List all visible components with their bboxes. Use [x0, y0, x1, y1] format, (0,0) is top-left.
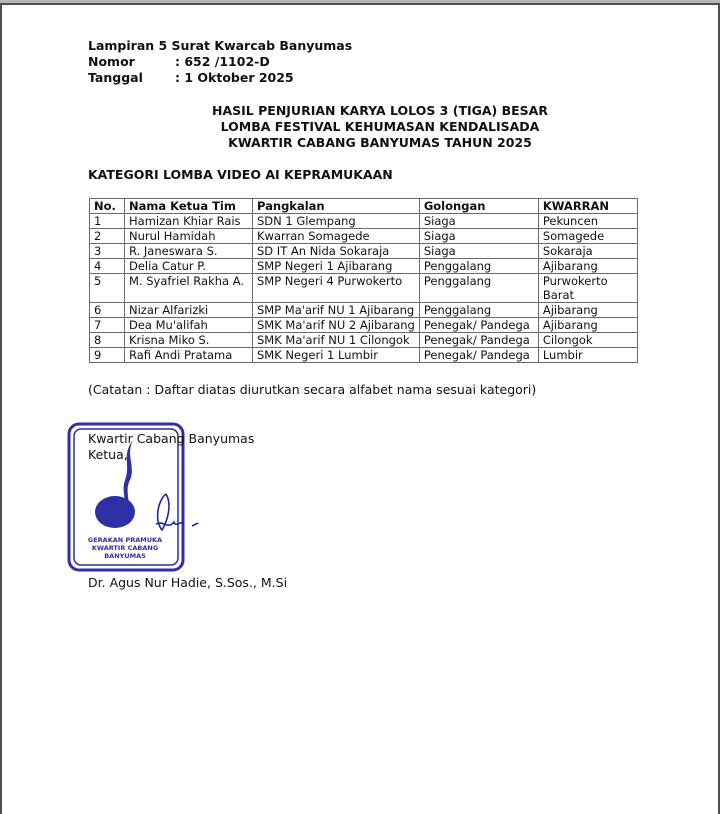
letter-header: Lampiran 5 Surat Kwarcab Banyumas Nomor:… [88, 38, 352, 86]
cell-district: Purwokerto Barat [538, 274, 637, 303]
title-line-3: KWARTIR CABANG BANYUMAS TAHUN 2025 [0, 135, 720, 151]
table-row: 1Hamizan Khiar RaisSDN 1 GlempangSiagaPe… [90, 214, 638, 229]
table-row: 5M. Syafriel Rakha A.SMP Negeri 4 Purwok… [90, 274, 638, 303]
date-line: Tanggal: 1 Oktober 2025 [88, 70, 352, 86]
table-header-row: No. Nama Ketua Tim Pangkalan Golongan KW… [90, 199, 638, 214]
cell-no: 5 [90, 274, 125, 303]
table-row: 6Nizar AlfarizkiSMP Ma'arif NU 1 Ajibara… [90, 303, 638, 318]
cell-district: Sokaraja [538, 244, 637, 259]
cell-group: Penggalang [419, 259, 538, 274]
cell-base: SDN 1 Glempang [253, 214, 420, 229]
cell-group: Penegak/ Pandega [419, 318, 538, 333]
note: (Catatan : Daftar diatas diurutkan secar… [88, 382, 536, 397]
cell-team-leader: Nurul Hamidah [125, 229, 253, 244]
cell-no: 2 [90, 229, 125, 244]
table-row: 8Krisna Miko S.SMK Ma'arif NU 1 Cilongok… [90, 333, 638, 348]
table-row: 2Nurul HamidahKwarran SomagedeSiagaSomag… [90, 229, 638, 244]
cell-no: 4 [90, 259, 125, 274]
col-team-leader: Nama Ketua Tim [125, 199, 253, 214]
signature-scribble-icon [148, 490, 203, 540]
number-label: Nomor [88, 54, 175, 70]
document-title: HASIL PENJURIAN KARYA LOLOS 3 (TIGA) BES… [0, 103, 720, 151]
cell-base: SMK Negeri 1 Lumbir [253, 348, 420, 363]
cell-district: Ajibarang [538, 303, 637, 318]
col-no: No. [90, 199, 125, 214]
number-line: Nomor: 652 /1102-D [88, 54, 352, 70]
col-group: Golongan [419, 199, 538, 214]
cell-group: Penegak/ Pandega [419, 348, 538, 363]
cell-group: Penegak/ Pandega [419, 333, 538, 348]
number-value: : 652 /1102-D [175, 54, 270, 69]
svg-text:BANYUMAS: BANYUMAS [104, 552, 146, 560]
cell-district: Ajibarang [538, 318, 637, 333]
cell-team-leader: R. Janeswara S. [125, 244, 253, 259]
cell-no: 1 [90, 214, 125, 229]
table-row: 4Delia Catur P.SMP Negeri 1 AjibarangPen… [90, 259, 638, 274]
svg-text:KWARTIR CABANG: KWARTIR CABANG [92, 544, 158, 552]
cell-no: 8 [90, 333, 125, 348]
attachment-line: Lampiran 5 Surat Kwarcab Banyumas [88, 38, 352, 54]
cell-base: SMK Ma'arif NU 1 Cilongok [253, 333, 420, 348]
col-base: Pangkalan [253, 199, 420, 214]
cell-no: 7 [90, 318, 125, 333]
cell-district: Pekuncen [538, 214, 637, 229]
cell-no: 6 [90, 303, 125, 318]
cell-group: Siaga [419, 229, 538, 244]
date-label: Tanggal [88, 70, 175, 86]
cell-base: SMP Negeri 4 Purwokerto [253, 274, 420, 303]
cell-district: Ajibarang [538, 259, 637, 274]
signature-block: Kwartir Cabang Banyumas Ketua, [88, 431, 254, 463]
cell-no: 9 [90, 348, 125, 363]
signature-role: Ketua, [88, 447, 254, 463]
cell-group: Siaga [419, 214, 538, 229]
cell-team-leader: Hamizan Khiar Rais [125, 214, 253, 229]
col-district: KWARRAN [538, 199, 637, 214]
cell-team-leader: Dea Mu'alifah [125, 318, 253, 333]
cell-no: 3 [90, 244, 125, 259]
title-line-1: HASIL PENJURIAN KARYA LOLOS 3 (TIGA) BES… [0, 103, 720, 119]
cell-group: Siaga [419, 244, 538, 259]
cell-team-leader: Delia Catur P. [125, 259, 253, 274]
title-line-2: LOMBA FESTIVAL KEHUMASAN KENDALISADA [0, 119, 720, 135]
cell-group: Penggalang [419, 274, 538, 303]
cell-group: Penggalang [419, 303, 538, 318]
results-table: No. Nama Ketua Tim Pangkalan Golongan KW… [89, 198, 638, 363]
category-heading: KATEGORI LOMBA VIDEO AI KEPRAMUKAAN [88, 167, 393, 182]
cell-team-leader: Krisna Miko S. [125, 333, 253, 348]
cell-base: SMP Negeri 1 Ajibarang [253, 259, 420, 274]
cell-team-leader: Rafi Andi Pratama [125, 348, 253, 363]
signatory-name: Dr. Agus Nur Hadie, S.Sos., M.Si [88, 575, 287, 591]
cell-district: Somagede [538, 229, 637, 244]
cell-team-leader: M. Syafriel Rakha A. [125, 274, 253, 303]
date-value: : 1 Oktober 2025 [175, 70, 294, 85]
cell-base: SD IT An Nida Sokaraja [253, 244, 420, 259]
cell-team-leader: Nizar Alfarizki [125, 303, 253, 318]
table-row: 9Rafi Andi PratamaSMK Negeri 1 LumbirPen… [90, 348, 638, 363]
cell-district: Lumbir [538, 348, 637, 363]
cell-base: SMP Ma'arif NU 1 Ajibarang [253, 303, 420, 318]
table-row: 7Dea Mu'alifahSMK Ma'arif NU 2 Ajibarang… [90, 318, 638, 333]
cell-district: Cilongok [538, 333, 637, 348]
table-row: 3R. Janeswara S.SD IT An Nida SokarajaSi… [90, 244, 638, 259]
cell-base: Kwarran Somagede [253, 229, 420, 244]
signature-org: Kwartir Cabang Banyumas [88, 431, 254, 447]
cell-base: SMK Ma'arif NU 2 Ajibarang [253, 318, 420, 333]
